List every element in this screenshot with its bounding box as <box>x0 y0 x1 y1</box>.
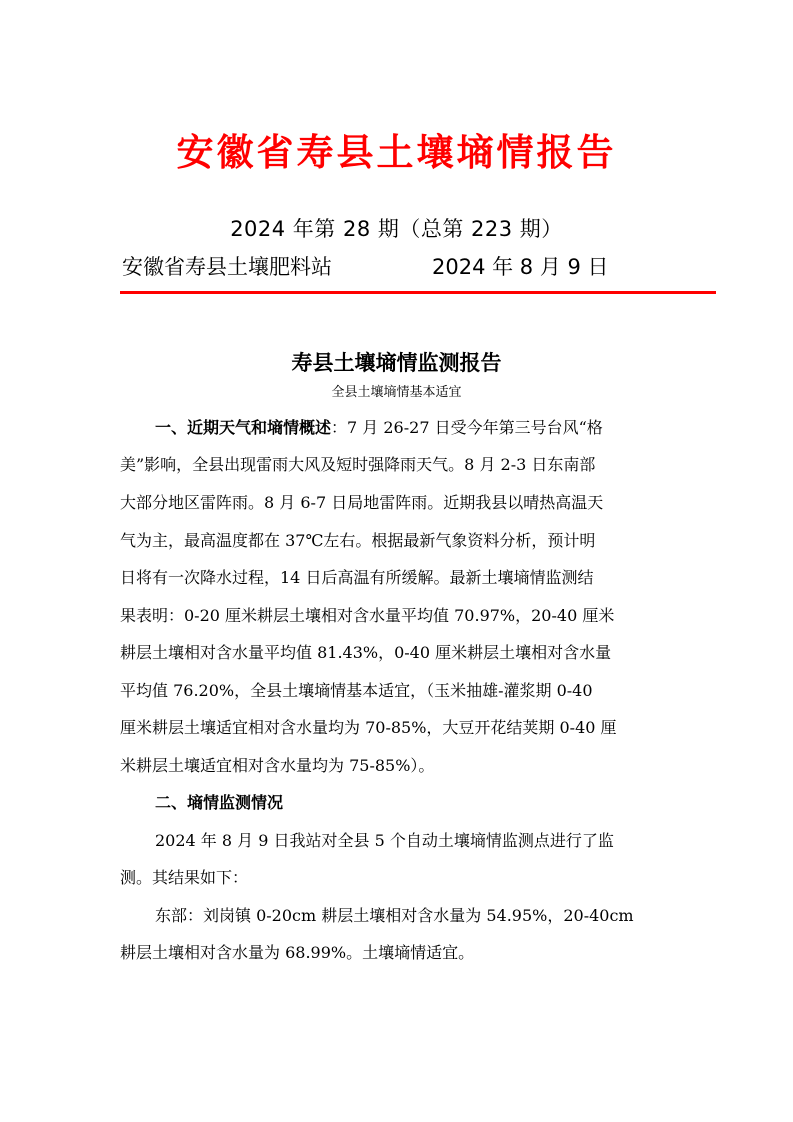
paragraph-line: 厘米耕层土壤适宜相对含水量均为 70-85%，大豆开花结荚期 0-40 厘 <box>120 716 617 740</box>
red-divider <box>120 291 716 294</box>
paragraph-line: 东部：刘岗镇 0-20cm 耕层土壤相对含水量为 54.95%，20-40cm <box>155 904 634 928</box>
section2-heading: 二、墒情监测情况 <box>155 791 283 815</box>
report-subtitle: 全县土壤墒情基本适宜 <box>0 383 793 403</box>
station-name: 安徽省寿县土壤肥料站 <box>122 250 332 284</box>
paragraph-line: 测。其结果如下： <box>120 866 248 890</box>
paragraph-line: 果表明：0-20 厘米耕层土壤相对含水量平均值 70.97%，20-40 厘米 <box>120 604 614 628</box>
report-title: 寿县土壤墒情监测报告 <box>0 348 793 378</box>
paragraph-line: ：7 月 26-27 日受今年第三号台风“格 <box>331 418 603 437</box>
paragraph-line: 气为主，最高温度都在 37℃左右。根据最新气象资料分析，预计明 <box>120 529 595 553</box>
paragraph-line: 平均值 76.20%，全县土壤墒情基本适宜，（玉米抽雄-灌浆期 0-40 <box>120 679 593 703</box>
paragraph-line: 大部分地区雷阵雨。8 月 6-7 日局地雷阵雨。近期我县以晴热高温天 <box>120 491 603 515</box>
issue-date: 2024 年 8 月 9 日 <box>432 250 609 284</box>
paragraph-line: 米耕层土壤适宜相对含水量均为 75-85%）。 <box>120 754 434 778</box>
paragraph-line: 日将有一次降水过程，14 日后高温有所缓解。最新土壤墒情监测结 <box>120 566 593 590</box>
section1-heading: 一、近期天气和墒情概述 <box>155 418 331 437</box>
paragraph-line: 美”影响，全县出现雷雨大风及短时强降雨天气。8 月 2-3 日东南部 <box>120 453 595 477</box>
paragraph-line: 耕层土壤相对含水量为 68.99%。土壤墒情适宜。 <box>120 941 474 965</box>
issue-number: 2024 年第 28 期（总第 223 期） <box>0 212 793 246</box>
section1-first-line: 一、近期天气和墒情概述：7 月 26-27 日受今年第三号台风“格 <box>155 416 603 440</box>
masthead-title: 安徽省寿县土壤墒情报告 <box>0 128 793 178</box>
paragraph-line: 2024 年 8 月 9 日我站对全县 5 个自动土壤墒情监测点进行了监 <box>155 829 614 853</box>
paragraph-line: 耕层土壤相对含水量平均值 81.43%，0-40 厘米耕层土壤相对含水量 <box>120 641 611 665</box>
